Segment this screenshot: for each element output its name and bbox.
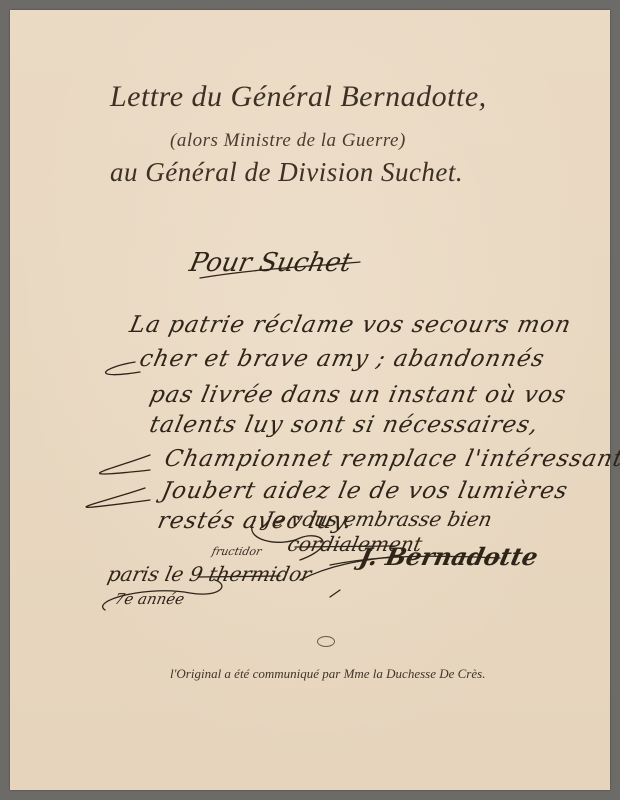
salutation: Pour Suchet xyxy=(187,248,355,278)
heading-recipient: au Général de Division Suchet. xyxy=(110,157,463,188)
provenance-note: l'Original a été communiqué par Mme la D… xyxy=(170,666,485,682)
date-year: 7e année xyxy=(113,590,186,608)
closing-line: Je vous embrasse bien xyxy=(262,507,494,531)
letter-line: Championnet remplace l'intéressant xyxy=(162,446,620,472)
library-stamp xyxy=(317,636,335,647)
letter-line: Joubert aidez le de vos lumières xyxy=(159,478,570,504)
letter-line: pas livrée dans un instant où vos xyxy=(147,382,569,408)
letter-line: cher et brave amy ; abandonnés xyxy=(137,346,547,372)
heading-subtitle: (alors Ministre de la Guerre) xyxy=(170,130,406,152)
letter-line: talents luy sont si nécessaires, xyxy=(147,412,541,438)
date-line: paris le 9 thermidor xyxy=(105,562,313,586)
signature: J. Bernadotte xyxy=(357,542,541,571)
letter-line: La patrie réclame vos secours mon xyxy=(127,312,574,338)
heading-title: Lettre du Général Bernadotte, xyxy=(110,80,487,114)
date-correction: fructidor xyxy=(211,545,263,558)
